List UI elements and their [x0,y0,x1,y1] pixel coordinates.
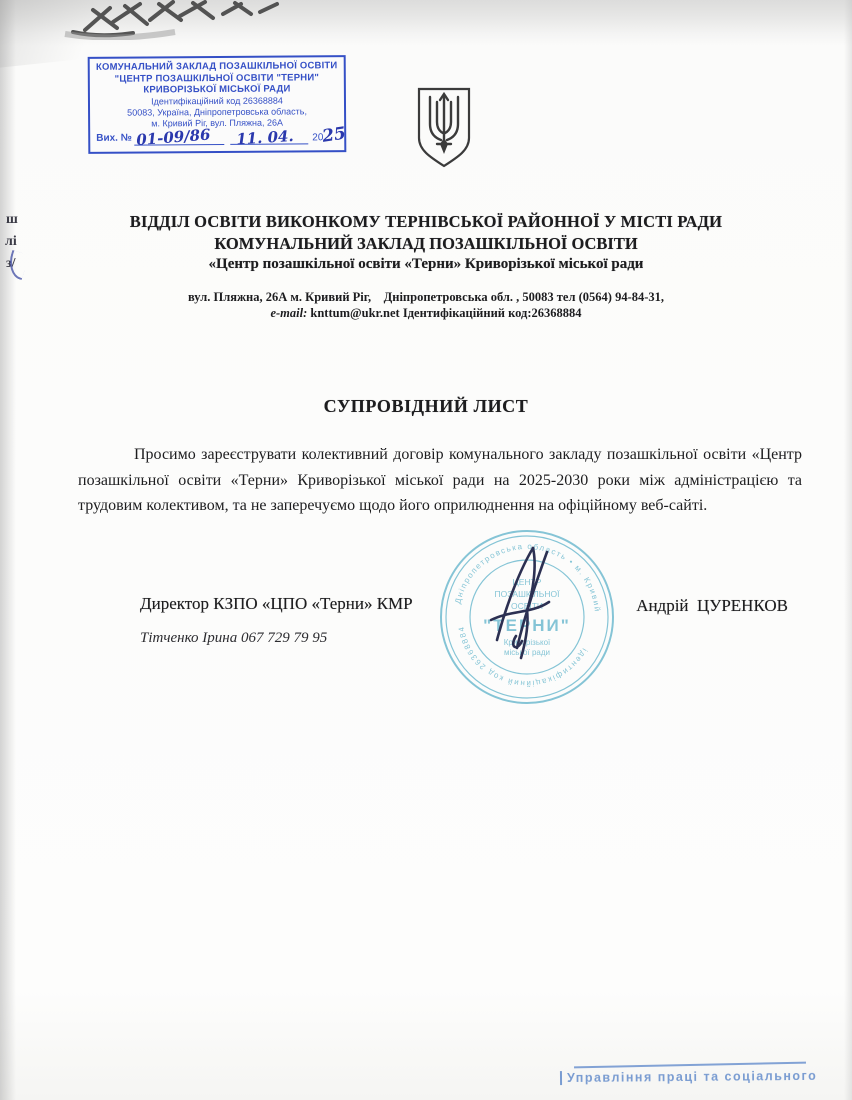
scan-left-shadow [0,0,16,1100]
signer-name: Андрій ЦУРЕНКОВ [636,596,788,616]
outgoing-number-label: Вих. № [96,132,132,143]
organization-corner-stamp: КОМУНАЛЬНИЙ ЗАКЛАД ПОЗАШКІЛЬНОЇ ОСВІТИ "… [88,55,347,154]
email-and-id: knttum@ukr.net Ідентифікаційний код:2636… [307,306,581,320]
letterhead-line-3: «Центр позашкільної освіти «Терни» Криво… [0,256,852,273]
handwritten-year: 25 [321,123,347,146]
scan-right-shadow [844,0,852,1100]
scanned-letter-page: ш лі з/ КОМУНАЛЬНИЙ ЗАКЛАД ПОЗАШКІЛЬНОЇ … [0,0,852,1100]
document-title: СУПРОВІДНИЙ ЛИСТ [0,396,852,417]
stamp-line: "ЦЕНТР ПОЗАШКІЛЬНОЇ ОСВІТИ "ТЕРНИ" [90,72,344,85]
contact-person-phone: Тітченко Ірина 067 729 79 95 [140,630,327,647]
body-paragraph: Просимо зареєструвати колективний догові… [78,442,802,519]
stamp-line: м. Кривий Ріг, вул. Пляжна, 26А [90,117,344,130]
signature-ink [483,540,573,665]
signer-position: Директор КЗПО «ЦПО «Терни» КМР [140,594,413,614]
tryzub-coat-of-arms-icon [414,86,474,170]
letterhead-line-1: ВІДДІЛ ОСВІТИ ВИКОНКОМУ ТЕРНІВСЬКОЇ РАЙО… [0,212,852,232]
letterhead-address: вул. Пляжна, 26А м. Кривий Ріг, Дніпропе… [0,290,852,305]
letterhead-line-2: КОМУНАЛЬНИЙ ЗАКЛАД ПОЗАШКІЛЬНОЇ ОСВІТИ [0,234,852,254]
handwriting-scribble-artifact [55,0,305,40]
receiving-office-name: Управління праці та соціального [560,1069,810,1085]
outgoing-number-row: Вих. № 01-09/86 11. 04. 20 25 [96,131,344,149]
receiving-office-stamp-fragment: Управління праці та соціального [560,1064,810,1084]
letterhead-contacts: e-mail: knttum@ukr.net Ідентифікаційний … [0,306,852,321]
email-label: e-mail: [270,306,307,320]
handwritten-date: 11. 04. [236,126,294,147]
stamp-line: 50083, Україна, Дніпропетровська область… [90,106,344,119]
stamp-border-line [574,1062,806,1069]
